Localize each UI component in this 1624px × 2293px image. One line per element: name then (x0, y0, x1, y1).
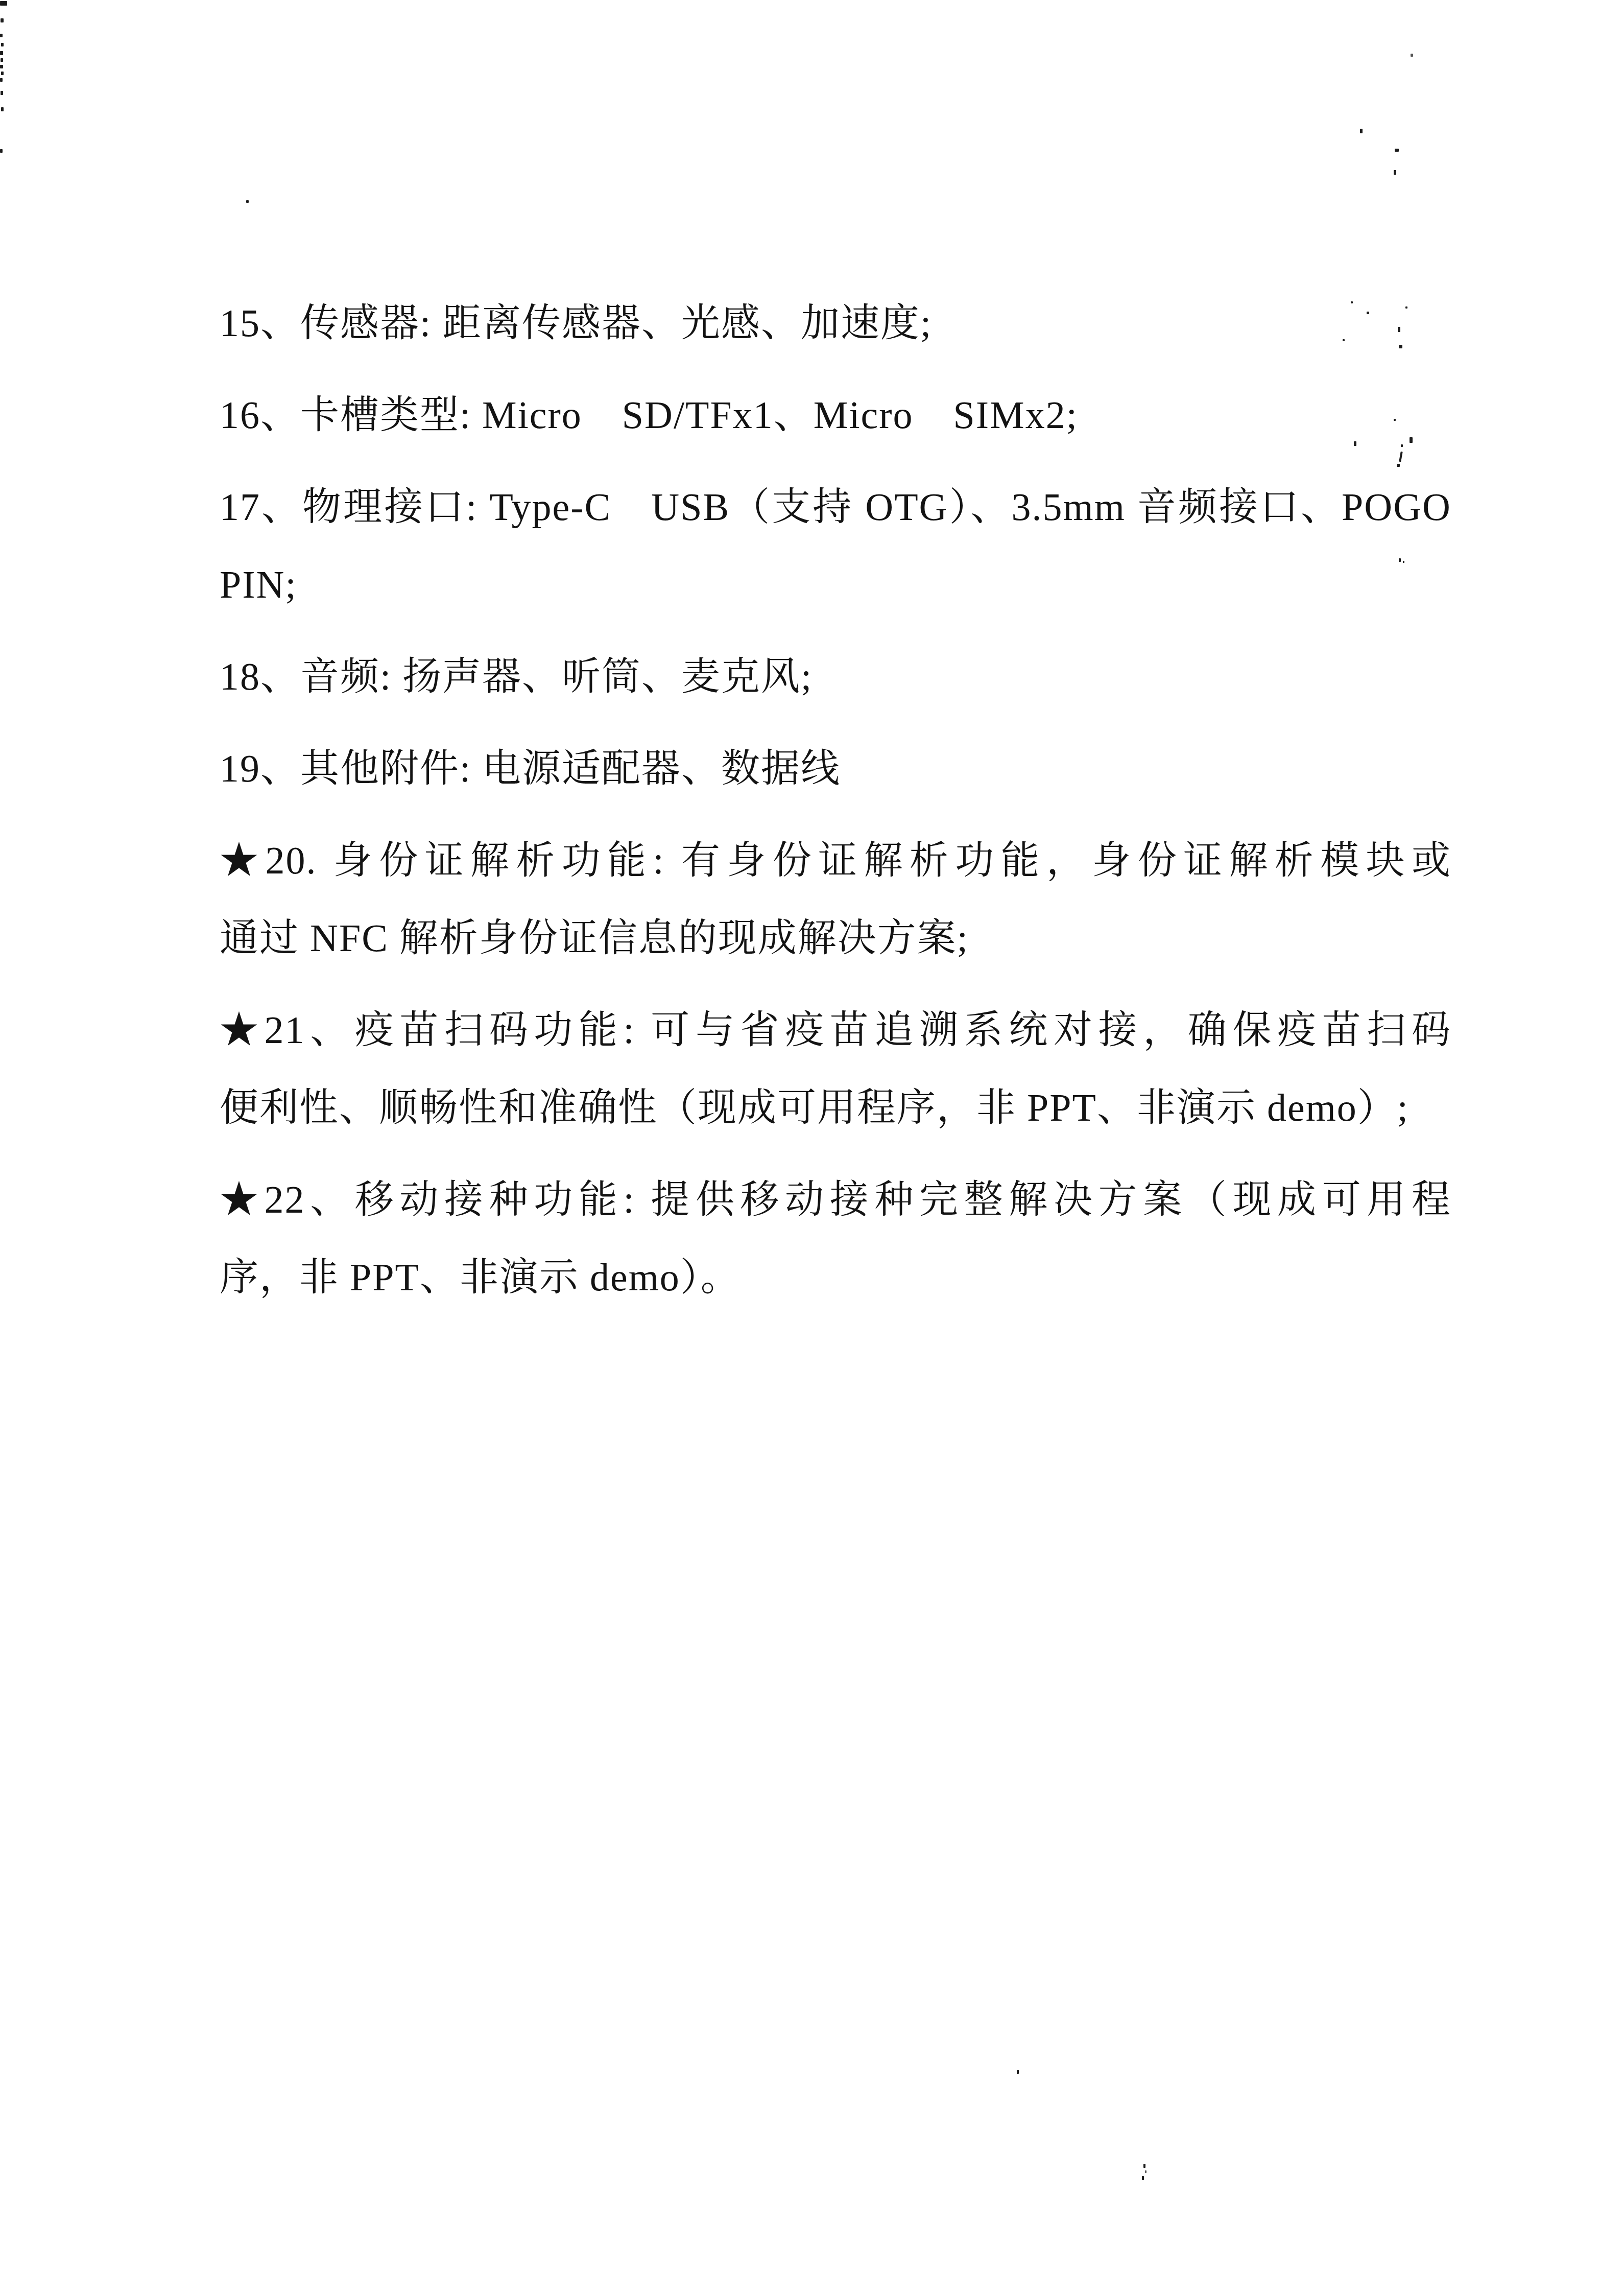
spec-item-18: 18、音频: 扬声器、听筒、麦克风; (220, 638, 1451, 716)
scan-speck (0, 34, 3, 37)
scan-speck (1398, 327, 1400, 332)
scan-speck (1399, 345, 1402, 348)
spec-item-18-line-1: 18、音频: 扬声器、听筒、麦克风; (220, 638, 1451, 716)
spec-item-20-line-1: ★20. 身份证解析功能: 有身份证解析功能，身份证解析模块或 (220, 822, 1451, 900)
scan-speck (0, 51, 3, 55)
spec-item-22-line-1: ★22、移动接种功能: 提供移动接种完整解决方案（现成可用程 (220, 1161, 1451, 1239)
scan-speck (1367, 312, 1369, 314)
scan-speck (1, 58, 3, 62)
spec-item-20-line-2: 通过 NFC 解析身份证信息的现成解决方案; (220, 900, 1451, 977)
spec-item-17-line-2: PIN; (220, 546, 1451, 624)
scan-speck (1, 72, 4, 75)
scan-speck (1394, 170, 1396, 175)
scan-speck (1, 107, 4, 111)
spec-item-21-line-1: ★21、疫苗扫码功能: 可与省疫苗追溯系统对接，确保疫苗扫码 (220, 991, 1451, 1069)
spec-item-16: 16、卡槽类型: Micro SD/TFx1、Micro SIMx2; (220, 376, 1451, 454)
scan-speck (1403, 561, 1404, 563)
spec-item-21-starred: ★21、疫苗扫码功能: 可与省疫苗追溯系统对接，确保疫苗扫码 便利性、顺畅性和准… (220, 991, 1451, 1147)
scan-speck (1, 43, 4, 46)
scan-speck (1394, 419, 1396, 421)
spec-item-17: 17、物理接口: Type-C USB（支持 OTG）、3.5mm 音频接口、P… (220, 468, 1451, 624)
scan-speck (1354, 441, 1356, 446)
scan-speck (0, 149, 3, 153)
spec-item-21-line-2: 便利性、顺畅性和准确性（现成可用程序，非 PPT、非演示 demo）; (220, 1069, 1451, 1147)
scan-speck (1, 91, 3, 95)
spec-item-22-starred: ★22、移动接种功能: 提供移动接种完整解决方案（现成可用程 序，非 PPT、非… (220, 1161, 1451, 1316)
scanned-document-page: 15、传感器: 距离传感器、光感、加速度; 16、卡槽类型: Micro SD/… (0, 0, 1624, 2293)
scan-speck (0, 65, 3, 68)
scan-speck (1143, 2164, 1145, 2168)
spec-item-19-line-1: 19、其他附件: 电源适配器、数据线 (220, 730, 1451, 808)
spec-item-17-line-1: 17、物理接口: Type-C USB（支持 OTG）、3.5mm 音频接口、P… (220, 468, 1451, 546)
scan-speck (1411, 54, 1413, 57)
spec-item-16-line-1: 16、卡槽类型: Micro SD/TFx1、Micro SIMx2; (220, 376, 1451, 454)
spec-item-15: 15、传感器: 距离传感器、光感、加速度; (220, 285, 1451, 362)
scan-speck (1395, 149, 1399, 152)
scan-speck (1405, 306, 1407, 309)
scan-speck (1401, 444, 1403, 447)
spec-item-19: 19、其他附件: 电源适配器、数据线 (220, 730, 1451, 808)
scan-speck (1397, 464, 1400, 467)
scan-speck (1142, 2176, 1144, 2180)
spec-item-20-starred: ★20. 身份证解析功能: 有身份证解析功能，身份证解析模块或 通过 NFC 解… (220, 822, 1451, 977)
scan-speck (1017, 2070, 1019, 2074)
scan-speck (1343, 339, 1345, 341)
scan-speck (0, 78, 3, 82)
spec-item-15-line-1: 15、传感器: 距离传感器、光感、加速度; (220, 285, 1451, 362)
scan-speck (1399, 558, 1401, 562)
scan-speck (1360, 129, 1363, 133)
spec-item-22-line-2: 序，非 PPT、非演示 demo）。 (220, 1239, 1451, 1316)
scan-speck (1351, 301, 1353, 303)
scan-speck (0, 1, 7, 6)
scan-speck (1410, 437, 1413, 443)
document-text-block: 15、传感器: 距离传感器、光感、加速度; 16、卡槽类型: Micro SD/… (220, 285, 1451, 1331)
scan-speck (1, 18, 4, 22)
scan-speck (1145, 2170, 1147, 2173)
scan-speck (246, 200, 249, 203)
